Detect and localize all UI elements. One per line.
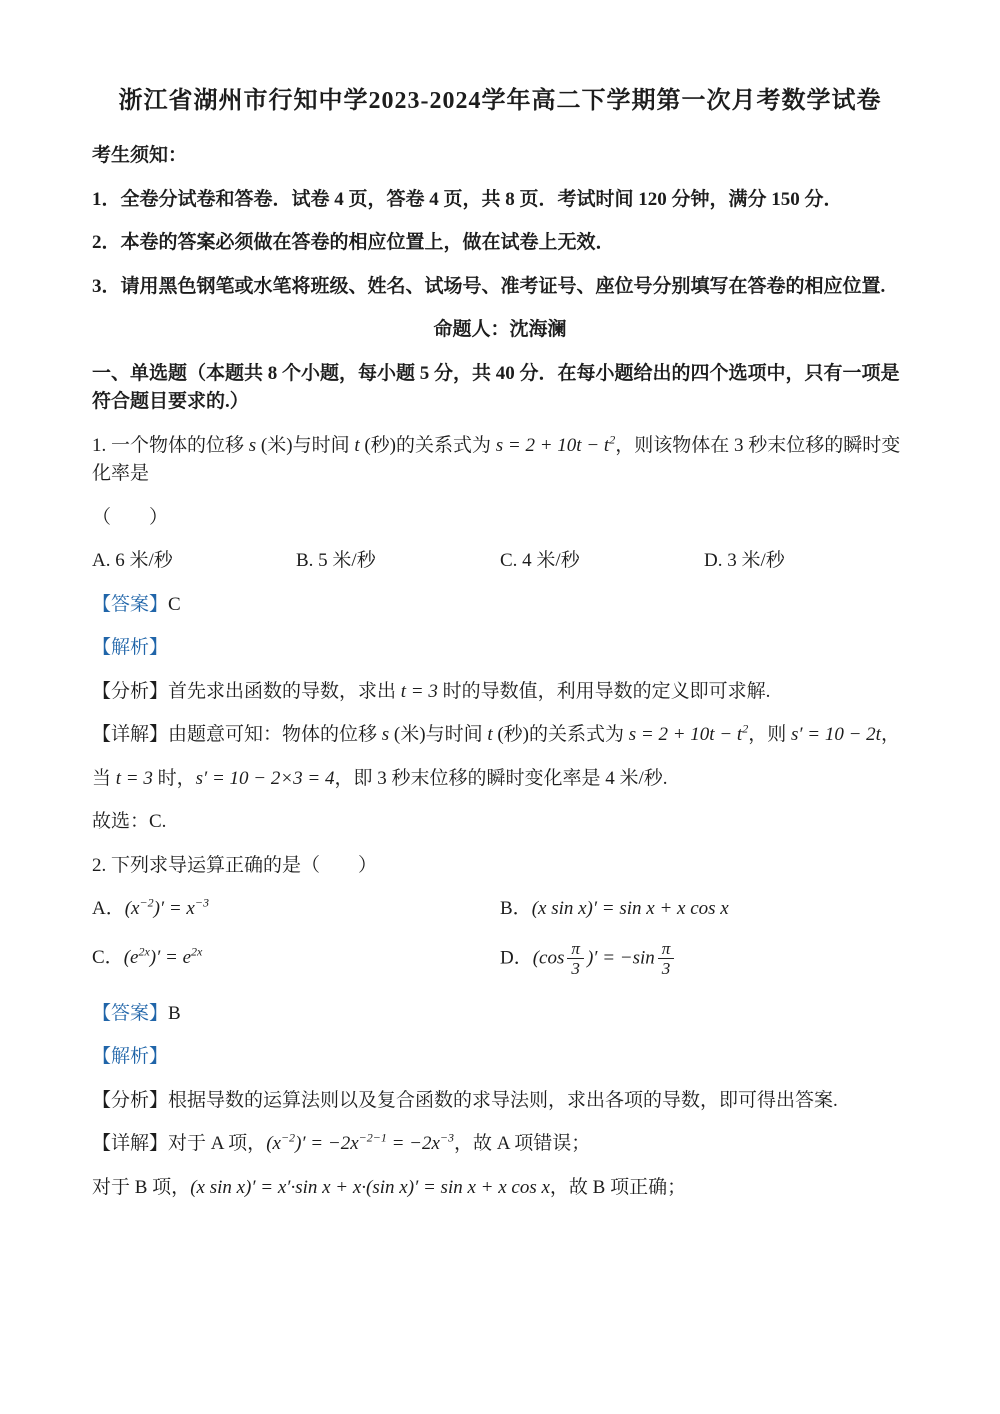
section-1-heading: 一、单选题（本题共 8 个小题，每小题 5 分，共 40 分．在每小题给出的四个…: [92, 360, 908, 417]
q1-xiangjie-line-1: 【详解】由题意可知：物体的位移 s (米)与时间 t (秒)的关系式为 s = …: [92, 721, 908, 750]
q1-option-a: A. 6 米/秒: [92, 547, 296, 576]
q1-option-d: D. 3 米/秒: [704, 547, 908, 576]
q2-option-c: C．(e2x)′ = e2x: [92, 944, 500, 973]
q2-jiexi-label: 【解析】: [92, 1046, 168, 1067]
q1-xiangjie-line-2: 当 t = 3 时，s′ = 10 − 2×3 = 4，即 3 秒末位移的瞬时变…: [92, 765, 908, 794]
q1-option-c: C. 4 米/秒: [500, 547, 704, 576]
q2-xiangjie-line-1: 【详解】对于 A 项，(x−2)′ = −2x−2−1 = −2x−3，故 A …: [92, 1130, 908, 1159]
q2-jiexi-line: 【解析】: [92, 1043, 908, 1072]
q1-jiexi-line: 【解析】: [92, 634, 908, 663]
q2-options-row-2: C．(e2x)′ = e2x D．(cosπ3)′ = −sinπ3: [92, 939, 908, 979]
q1-jiexi-label: 【解析】: [92, 637, 168, 658]
q1-answer-line: 【答案】C: [92, 591, 908, 620]
proposer-line: 命题人：沈海澜: [92, 316, 908, 345]
q2-answer-value: B: [168, 1003, 181, 1024]
q2-fenxi-line: 【分析】根据导数的运算法则以及复合函数的求导法则，求出各项的导数，即可得出答案.: [92, 1087, 908, 1116]
q2-stem: 2. 下列求导运算正确的是（ ）: [92, 852, 908, 881]
notice-item-2: 2．本卷的答案必须做在答卷的相应位置上，做在试卷上无效．: [92, 229, 908, 258]
q2-xiangjie-line-2: 对于 B 项，(x sin x)′ = x′·sin x + x·(sin x)…: [92, 1174, 908, 1203]
q2-answer-label: 【答案】: [92, 1003, 168, 1024]
q1-answer-paren: （ ）: [92, 504, 908, 533]
q1-fenxi-line: 【分析】首先求出函数的导数，求出 t = 3 时的导数值，利用导数的定义即可求解…: [92, 678, 908, 707]
q2-option-d: D．(cosπ3)′ = −sinπ3: [500, 939, 908, 979]
q2-answer-line: 【答案】B: [92, 1000, 908, 1029]
q1-answer-value: C: [168, 594, 181, 615]
q2-options-row-1: A．(x−2)′ = x−3 B．(x sin x)′ = sin x + x …: [92, 895, 908, 924]
notice-item-3: 3．请用黑色钢笔或水笔将班级、姓名、试场号、准考证号、座位号分别填写在答卷的相应…: [92, 273, 908, 302]
page-title: 浙江省湖州市行知中学2023-2024学年高二下学期第一次月考数学试卷: [92, 74, 908, 128]
q1-answer-label: 【答案】: [92, 594, 168, 615]
q2-option-a: A．(x−2)′ = x−3: [92, 895, 500, 924]
q2-option-b: B．(x sin x)′ = sin x + x cos x: [500, 895, 908, 924]
q1-option-b: B. 5 米/秒: [296, 547, 500, 576]
notice-heading: 考生须知：: [92, 142, 908, 171]
exam-paper-page: 浙江省湖州市行知中学2023-2024学年高二下学期第一次月考数学试卷 考生须知…: [0, 0, 1000, 1414]
q1-conclusion: 故选：C.: [92, 808, 908, 837]
q1-options: A. 6 米/秒 B. 5 米/秒 C. 4 米/秒 D. 3 米/秒: [92, 547, 908, 576]
q1-stem: 1. 一个物体的位移 s (米)与时间 t (秒)的关系式为 s = 2 + 1…: [92, 432, 908, 489]
notice-item-1: 1．全卷分试卷和答卷．试卷 4 页，答卷 4 页，共 8 页．考试时间 120 …: [92, 186, 908, 215]
